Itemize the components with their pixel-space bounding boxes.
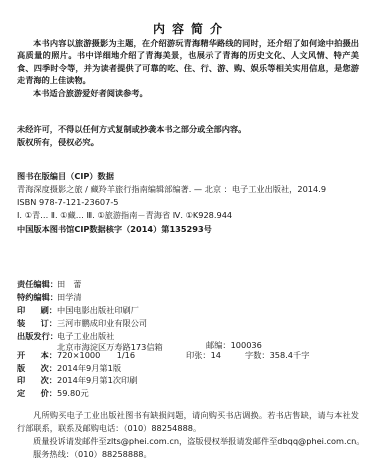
printing-label-a: 印 [17,375,25,385]
content-summary-title: 内容简介 [0,20,375,37]
copyright-notice: 未经许可，不得以任何方式复制或抄袭本书之部分或全部内容。 [17,124,246,134]
format-label: 开本： [17,350,57,360]
postcode-value: 100036 [231,340,262,350]
cip-record-number: 中国版本图书馆CIP数据核字（2014）第135293号 [17,224,212,234]
printing-label: 印次： [17,375,57,385]
cip-isbn: ISBN 978-7-121-23607-5 [17,197,119,207]
format-label-a: 开 [17,350,25,360]
special-editor-label: 特约编辑： [17,292,57,302]
special-editor-value: 田学清 [57,292,82,302]
imprint-edition: 版次：2014年9月第1版 [17,363,121,373]
edition-label: 版次： [17,363,57,373]
summary-text: 本书内容以旅游摄影为主题，在介绍游玩青海精华路线的同时，还介绍了如何途中拍摄出高… [17,38,359,85]
binder-label-a: 装 [17,318,25,328]
sheets-value: 14 [211,350,221,360]
service-hotline: 服务热线：（010）88258888。 [33,449,152,459]
format-value: 720×1000 1/16 [57,350,135,360]
rights-reserved: 版权所有，侵权必究。 [17,137,99,147]
cip-title-line: 青海深度摄影之旅 / 藏羚羊旅行指南编辑部编著. — 北京 ：电子工业出版社，2… [17,184,326,194]
imprint-printer: 印刷：中国电影出版社印刷厂 [17,305,139,315]
format-label-b: 本： [41,350,57,360]
price-label-a: 定 [17,388,25,398]
responsible-editor-label: 责任编辑： [17,279,57,289]
summary-paragraph: 本书内容以旅游摄影为主题，在介绍游玩青海精华路线的同时，还介绍了如何途中拍摄出高… [17,37,359,87]
word-count-value: 358.4千字 [270,350,310,360]
printing-label-b: 次： [41,375,57,385]
imprint-sheets: 印张：14 [186,350,221,360]
imprint-printing: 印次：2014年9月第1次印刷 [17,375,137,385]
summary-audience-text: 本书适合旅游爱好者阅读参考。 [33,88,148,98]
edition-value: 2014年9月第1版 [57,363,121,373]
edition-label-a: 版 [17,363,25,373]
imprint-responsible-editor: 责任编辑：田 蕾 [17,279,82,289]
cip-heading: 图书在版编目（CIP）数据 [17,171,114,181]
printer-label-b: 刷： [41,305,57,315]
edition-label-b: 次： [41,363,57,373]
complaint-email-line: 质量投诉请发邮件至zlts@phei.com.cn，盗版侵权举报请发邮件至dbq… [33,436,365,446]
binder-label: 装订： [17,318,57,328]
sheets-label: 印张： [186,350,211,360]
defect-notice: 凡所购买电子工业出版社图书有缺损问题，请向购买书店调换。若书店售缺，请与本社发行… [17,409,359,435]
imprint-word-count: 字数：358.4千字 [245,350,309,360]
binder-value: 三河市鹏成印业有限公司 [57,318,147,328]
defect-notice-text: 凡所购买电子工业出版社图书有缺损问题，请向购买书店调换。若书店售缺，请与本社发行… [17,410,359,433]
printing-value: 2014年9月第1次印刷 [57,375,137,385]
price-value: 59.80元 [57,388,89,398]
responsible-editor-value: 田 蕾 [57,279,82,289]
publisher-value: 电子工业出版社 [57,331,114,341]
printer-label: 印刷： [17,305,57,315]
imprint-price: 定价：59.80元 [17,388,89,398]
word-count-label: 字数： [245,350,270,360]
printer-label-a: 印 [17,305,25,315]
imprint-format: 开本：720×1000 1/16 [17,350,135,360]
cip-classification: Ⅰ. ①青… Ⅱ. ①藏… Ⅲ. ①旅游指南－青海省 Ⅳ. ①K928.944 [17,210,232,220]
summary-audience: 本书适合旅游爱好者阅读参考。 [17,87,359,99]
publisher-label: 出版发行： [17,331,57,341]
imprint-binder: 装订：三河市鹏成印业有限公司 [17,318,147,328]
imprint-publisher: 出版发行：电子工业出版社 [17,331,114,341]
imprint-special-editor: 特约编辑：田学清 [17,292,82,302]
price-label: 定价： [17,388,57,398]
printer-value: 中国电影出版社印刷厂 [57,305,139,315]
binder-label-b: 订： [41,318,57,328]
price-label-b: 价： [41,388,57,398]
postcode-label: 邮编： [206,340,231,350]
imprint-postcode: 邮编：100036 [206,340,262,350]
